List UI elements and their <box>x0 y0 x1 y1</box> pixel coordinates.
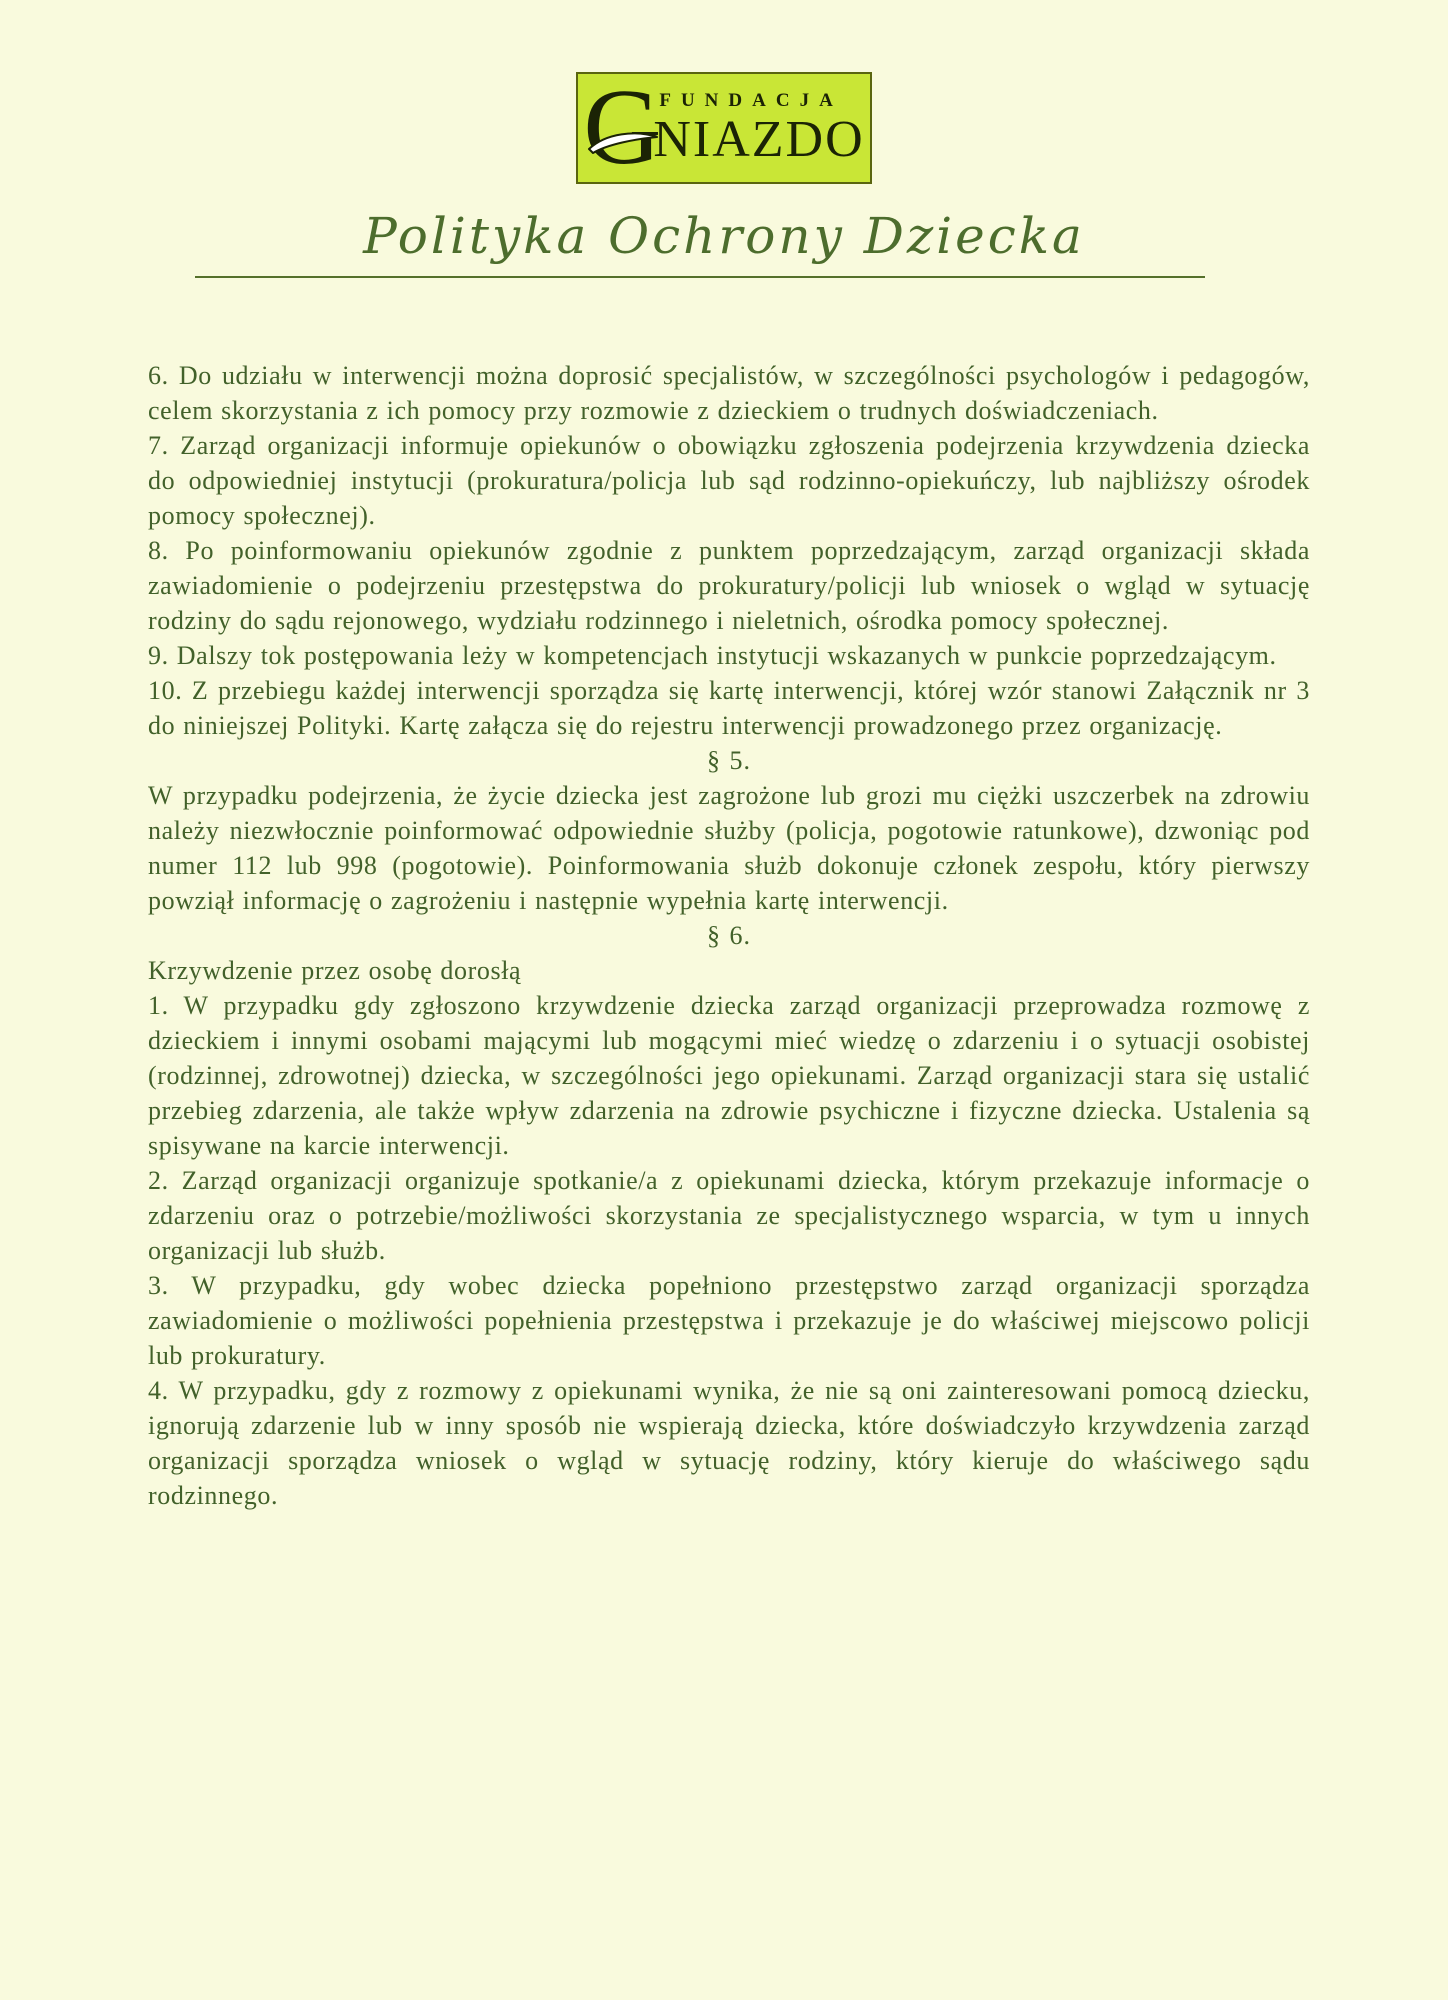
paragraph-point-9: 9. Dalszy tok postępowania leży w kompet… <box>148 638 1310 673</box>
fundacja-gniazdo-logo: G FUNDACJA NIAZDO <box>576 72 872 184</box>
paragraph-point-2: 2. Zarząd organizacji organizuje spotkan… <box>148 1163 1310 1268</box>
document-page: G FUNDACJA NIAZDO Polityka Ochrony Dziec… <box>0 0 1448 2000</box>
title-divider <box>195 276 1205 278</box>
document-body: 6. Do udziału w interwencji można dopros… <box>0 358 1448 1513</box>
paragraph-point-3: 3. W przypadku, gdy wobec dziecka popełn… <box>148 1268 1310 1373</box>
paragraph-point-7: 7. Zarząd organizacji informuje opiekunó… <box>148 428 1310 533</box>
logo-niazdo-label: NIAZDO <box>653 114 864 166</box>
paragraph-point-4: 4. W przypadku, gdy z rozmowy z opiekuna… <box>148 1373 1310 1513</box>
paragraph-point-10: 10. Z przebiegu każdej interwencji sporz… <box>148 673 1310 743</box>
paragraph-point-1: 1. W przypadku gdy zgłoszono krzywdzenie… <box>148 988 1310 1163</box>
paragraph-section-5: W przypadku podejrzenia, że życie dzieck… <box>148 778 1310 918</box>
bird-swoosh-icon <box>586 128 660 156</box>
page-title: Polityka Ochrony Dziecka <box>0 206 1448 266</box>
paragraph-point-6: 6. Do udziału w interwencji można dopros… <box>148 358 1310 428</box>
logo-container: G FUNDACJA NIAZDO <box>0 0 1448 184</box>
logo-fundacja-label: FUNDACJA <box>659 90 842 112</box>
section-mark-6: § 6. <box>148 918 1310 953</box>
paragraph-section-6-heading: Krzywdzenie przez osobę dorosłą <box>148 953 1310 988</box>
section-mark-5: § 5. <box>148 743 1310 778</box>
logo-wordmark: FUNDACJA NIAZDO <box>653 90 864 166</box>
paragraph-point-8: 8. Po poinformowaniu opiekunów zgodnie z… <box>148 533 1310 638</box>
